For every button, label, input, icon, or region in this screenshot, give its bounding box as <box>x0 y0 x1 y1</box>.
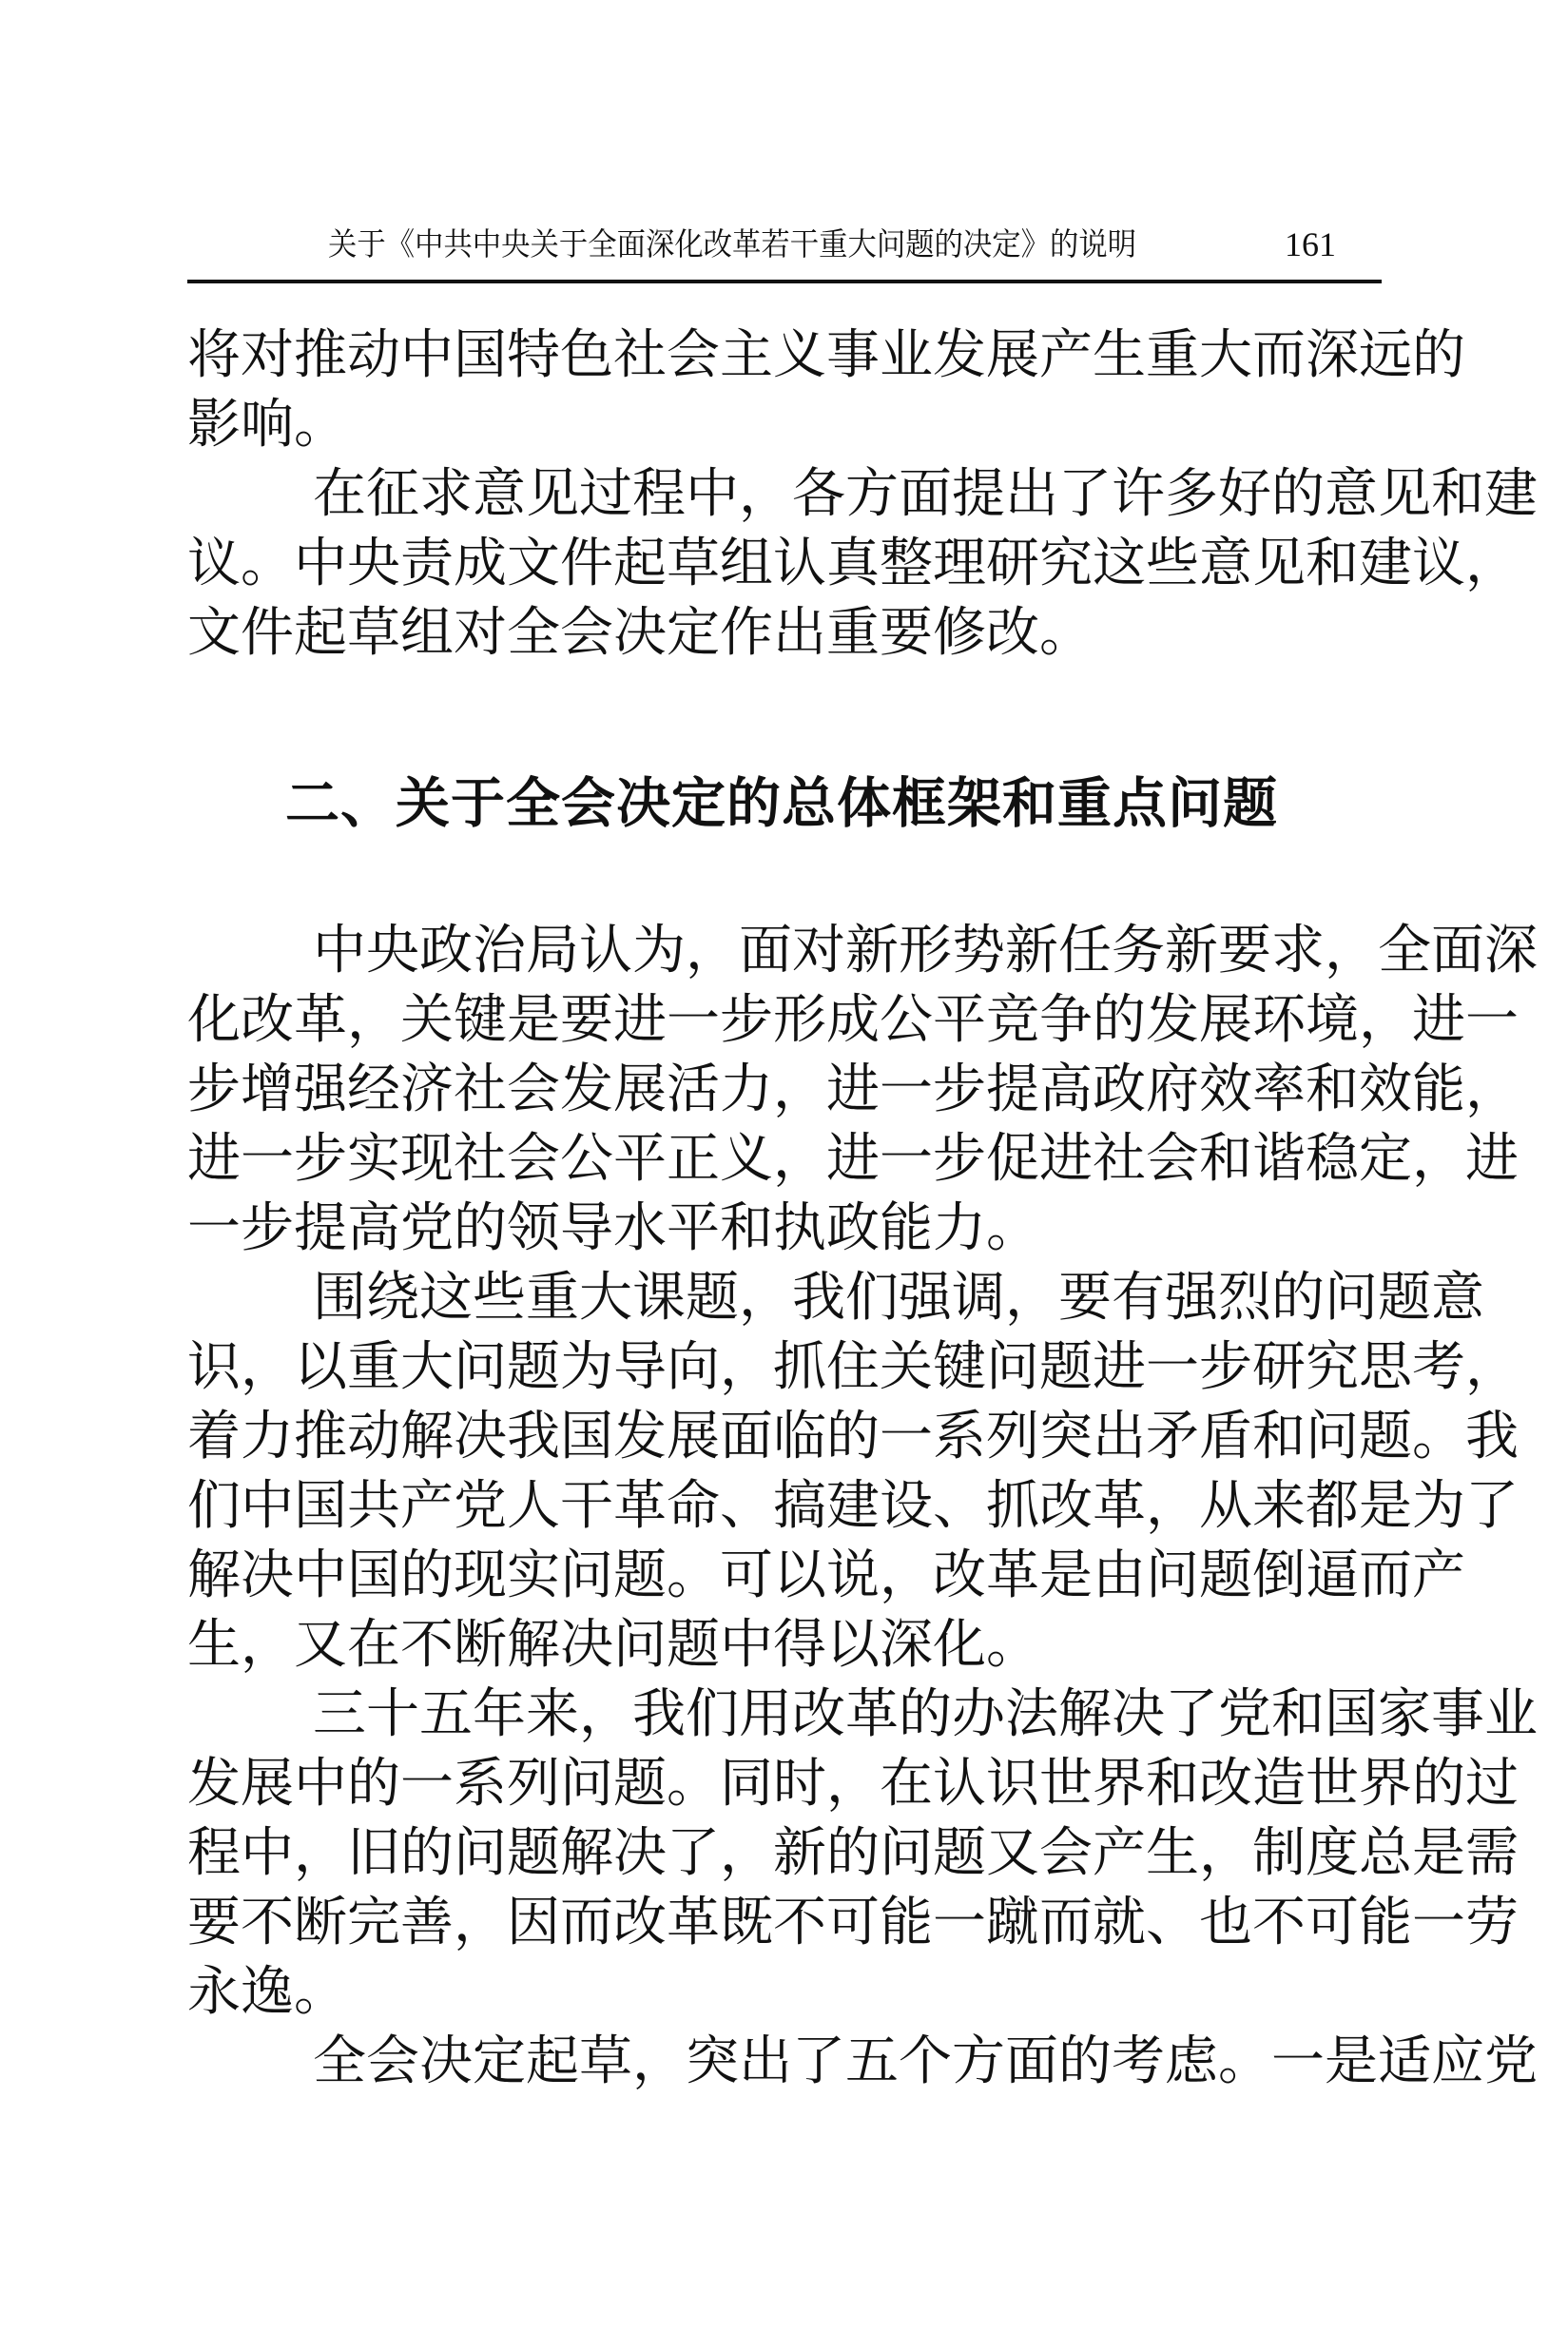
text-line: 解决中国的现实问题。可以说，改革是由问题倒逼而产 <box>187 1541 1382 1610</box>
body-text-after-heading: 中央政治局认为，面对新形势新任务新要求，全面深 化改革，关键是要进一步形成公平竞… <box>187 916 1382 2096</box>
text-line: 永逸。 <box>187 1957 1382 2027</box>
text-line: 化改革，关键是要进一步形成公平竞争的发展环境，进一 <box>187 985 1382 1055</box>
text-line: 着力推动解决我国发展面临的一系列突出矛盾和问题。我 <box>187 1402 1382 1471</box>
text-line: 要不断完善，因而改革既不可能一蹴而就、也不可能一劳 <box>187 1888 1382 1957</box>
paragraph: 围绕这些重大课题，我们强调，要有强烈的问题意 识，以重大问题为导向，抓住关键问题… <box>187 1263 1382 1680</box>
text-line: 进一步实现社会公平正义，进一步促进社会和谐稳定，进 <box>187 1124 1382 1194</box>
paragraph: 全会决定起草，突出了五个方面的考虑。一是适应党 <box>187 2027 1382 2096</box>
text-line: 们中国共产党人干革命、搞建设、抓改革，从来都是为了 <box>187 1471 1382 1541</box>
running-header: 关于《中共中央关于全面深化改革若干重大问题的决定》的说明 161 <box>187 221 1382 268</box>
text-line: 围绕这些重大课题，我们强调，要有强烈的问题意 <box>187 1263 1382 1332</box>
paragraph: 中央政治局认为，面对新形势新任务新要求，全面深 化改革，关键是要进一步形成公平竞… <box>187 916 1382 1263</box>
text-line: 全会决定起草，突出了五个方面的考虑。一是适应党 <box>187 2027 1382 2096</box>
running-header-title: 关于《中共中央关于全面深化改革若干重大问题的决定》的说明 <box>328 221 1136 268</box>
text-line: 发展中的一系列问题。同时，在认识世界和改造世界的过 <box>187 1749 1382 1818</box>
text-line: 中央政治局认为，面对新形势新任务新要求，全面深 <box>187 916 1382 985</box>
section-heading: 二、关于全会决定的总体框架和重点问题 <box>285 766 1278 842</box>
text-line: 步增强经济社会发展活力，进一步提高政府效率和效能， <box>187 1055 1382 1124</box>
page-number: 161 <box>1285 221 1336 268</box>
header-rule <box>187 280 1382 283</box>
body-text-before-heading: 将对推动中国特色社会主义事业发展产生重大而深远的 影响。 在征求意见过程中，各方… <box>187 321 1382 668</box>
text-line: 影响。 <box>187 390 1382 459</box>
text-line: 文件起草组对全会决定作出重要修改。 <box>187 598 1382 668</box>
text-line: 在征求意见过程中，各方面提出了许多好的意见和建 <box>187 459 1382 529</box>
text-line: 程中，旧的问题解决了，新的问题又会产生，制度总是需 <box>187 1818 1382 1888</box>
text-line: 生，又在不断解决问题中得以深化。 <box>187 1610 1382 1680</box>
text-line: 识，以重大问题为导向，抓住关键问题进一步研究思考， <box>187 1332 1382 1402</box>
text-line: 一步提高党的领导水平和执政能力。 <box>187 1194 1382 1263</box>
text-line: 三十五年来，我们用改革的办法解决了党和国家事业 <box>187 1680 1382 1749</box>
paragraph: 三十五年来，我们用改革的办法解决了党和国家事业 发展中的一系列问题。同时，在认识… <box>187 1680 1382 2027</box>
paragraph: 将对推动中国特色社会主义事业发展产生重大而深远的 影响。 <box>187 321 1382 459</box>
book-page: 关于《中共中央关于全面深化改革若干重大问题的决定》的说明 161 将对推动中国特… <box>0 0 1568 2351</box>
text-line: 将对推动中国特色社会主义事业发展产生重大而深远的 <box>187 321 1382 390</box>
text-line: 议。中央责成文件起草组认真整理研究这些意见和建议， <box>187 529 1382 598</box>
paragraph: 在征求意见过程中，各方面提出了许多好的意见和建 议。中央责成文件起草组认真整理研… <box>187 459 1382 668</box>
